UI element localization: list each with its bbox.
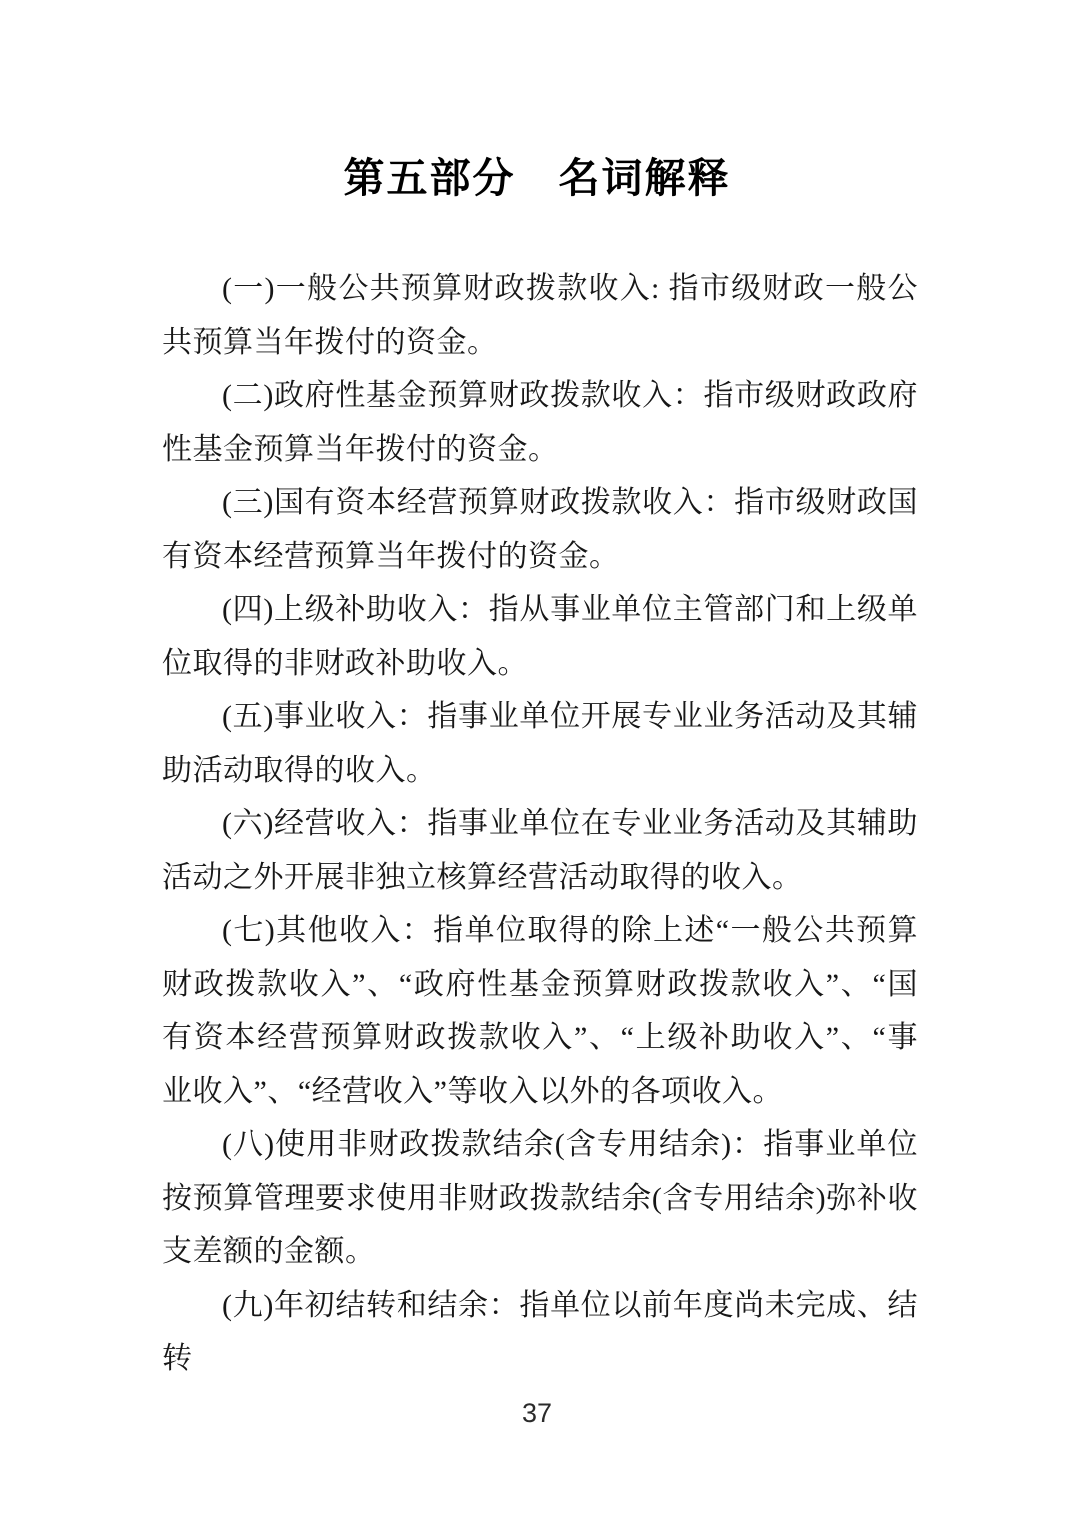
- definition-paragraph: (四)上级补助收入：指从事业单位主管部门和上级单位取得的非财政补助收入。: [162, 583, 918, 690]
- page-title: 第五部分 名词解释: [0, 0, 1074, 206]
- document-page: 第五部分 名词解释 (一)一般公共预算财政拨款收入: 指市级财政一般公共预算当年…: [0, 0, 1074, 1520]
- definition-paragraph: (一)一般公共预算财政拨款收入: 指市级财政一般公共预算当年拨付的资金。: [162, 262, 918, 369]
- definition-paragraph: (三)国有资本经营预算财政拨款收入：指市级财政国有资本经营预算当年拨付的资金。: [162, 476, 918, 583]
- definition-paragraph: (二)政府性基金预算财政拨款收入：指市级财政政府性基金预算当年拨付的资金。: [162, 369, 918, 476]
- definition-paragraph: (六)经营收入：指事业单位在专业业务活动及其辅助活动之外开展非独立核算经营活动取…: [162, 797, 918, 904]
- definition-paragraph: (七)其他收入：指单位取得的除上述“一般公共预算财政拨款收入”、“政府性基金预算…: [162, 904, 918, 1118]
- page-number: 37: [0, 1398, 1074, 1429]
- definition-paragraph: (九)年初结转和结余：指单位以前年度尚未完成、结转: [162, 1279, 918, 1386]
- definition-paragraph: (八)使用非财政拨款结余(含专用结余)：指事业单位按预算管理要求使用非财政拨款结…: [162, 1118, 918, 1279]
- definition-paragraph: (五)事业收入：指事业单位开展专业业务活动及其辅助活动取得的收入。: [162, 690, 918, 797]
- definitions-list: (一)一般公共预算财政拨款收入: 指市级财政一般公共预算当年拨付的资金。(二)政…: [162, 262, 918, 1386]
